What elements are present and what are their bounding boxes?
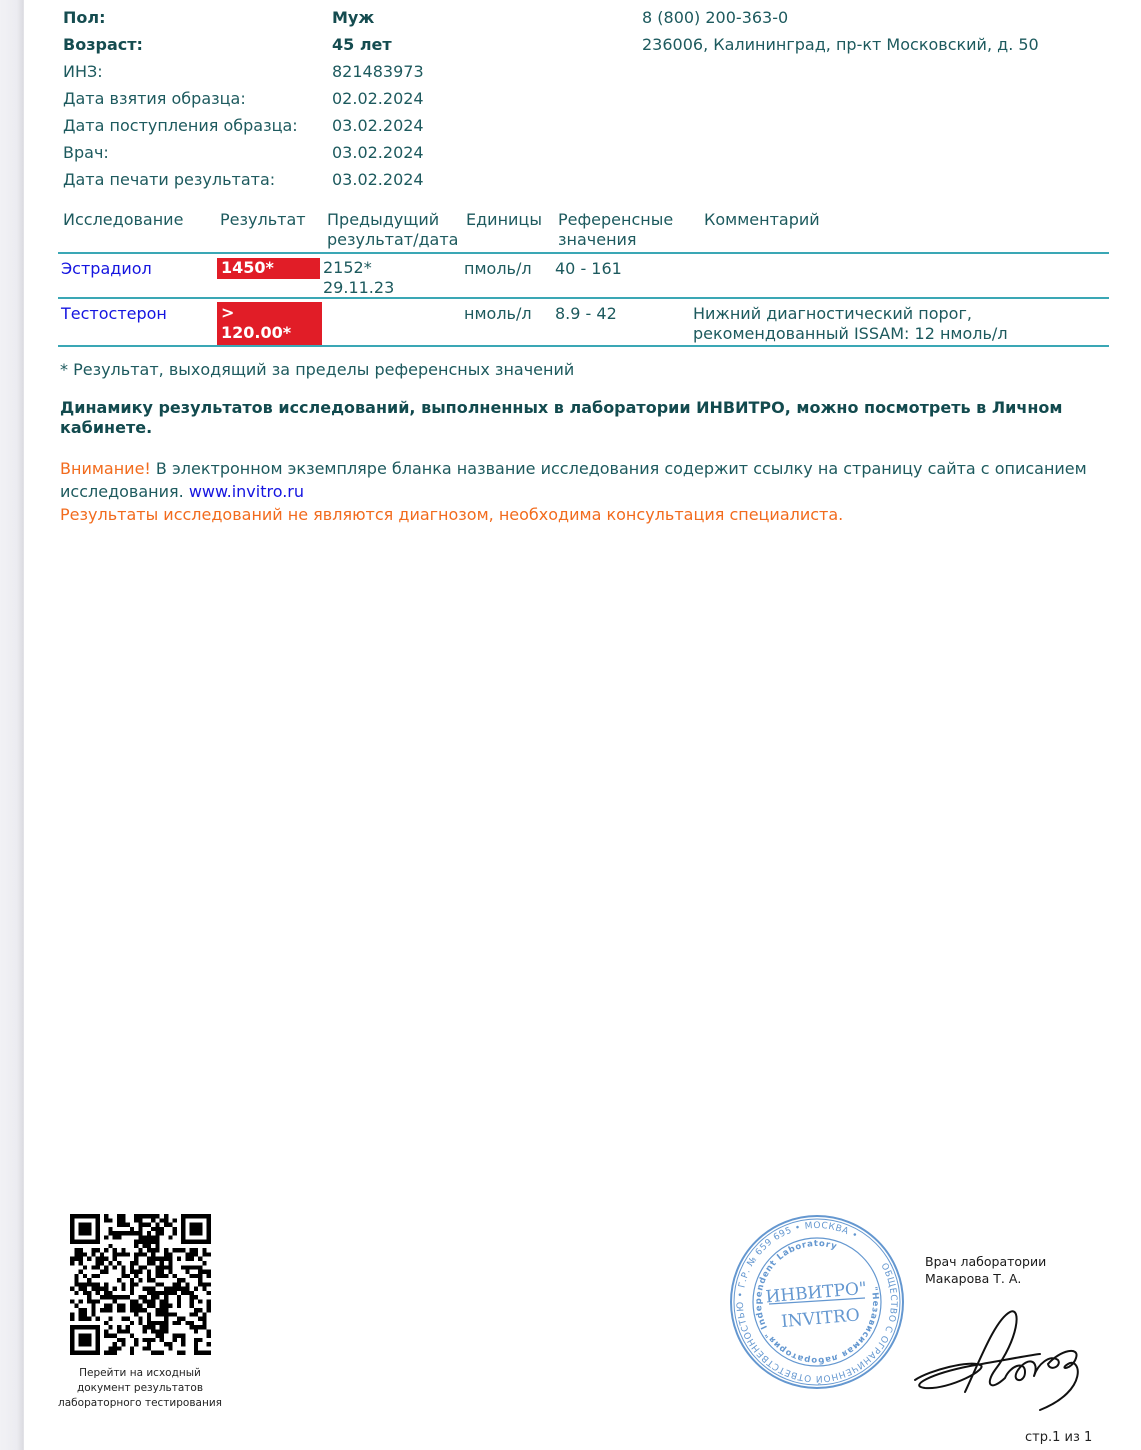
table-divider — [58, 345, 1109, 347]
comment-line2: рекомендованный ISSAM: 12 нмоль/л — [693, 324, 1008, 344]
sample-date-value: 02.02.2024 — [332, 89, 424, 109]
inz-value: 821483973 — [332, 62, 424, 82]
qr-code[interactable] — [70, 1214, 211, 1355]
doctor-block: Врач лаборатории Макарова Т. А. — [925, 1253, 1046, 1287]
warning-block: Внимание! В электронном экземпляре бланк… — [60, 457, 1120, 526]
comment: Нижний диагностический порог, рекомендов… — [693, 304, 1008, 344]
test-link-testosterone[interactable]: Тестостерон — [61, 304, 167, 324]
doctor-label: Врач: — [63, 143, 109, 163]
qr-caption: Перейти на исходный документ результатов… — [52, 1366, 228, 1411]
svg-text:INVITRO: INVITRO — [780, 1305, 860, 1332]
sex-value: Муж — [332, 8, 374, 28]
viewer-left-gutter — [0, 0, 24, 1450]
lab-phone: 8 (800) 200-363-0 — [642, 8, 788, 28]
result-flag: 1450* — [217, 258, 320, 279]
age-label: Возраст: — [63, 35, 143, 55]
reference-range: 8.9 - 42 — [555, 304, 617, 324]
units: пмоль/л — [464, 259, 532, 279]
svg-text:ИНВИТРО": ИНВИТРО" — [765, 1279, 868, 1308]
header-result: Результат — [220, 210, 306, 230]
disclaimer: Результаты исследований не являются диаг… — [60, 503, 1120, 526]
doctor-name: Макарова Т. А. — [925, 1270, 1046, 1287]
result-value: 1450* — [221, 258, 274, 277]
qr-caption-line1: Перейти на исходный — [52, 1366, 228, 1381]
sex-label: Пол: — [63, 8, 106, 28]
previous-result: 2152* 29.11.23 — [323, 258, 394, 298]
doctor-value: 03.02.2024 — [332, 143, 424, 163]
result-value-prefix: > — [221, 303, 322, 323]
asterisk-note: * Результат, выходящий за пределы рефере… — [60, 360, 574, 380]
page-number: стр.1 из 1 — [1025, 1429, 1092, 1447]
warning-label: Внимание! — [60, 459, 151, 478]
header-reference-line2: значения — [558, 230, 673, 250]
reference-range: 40 - 161 — [555, 259, 622, 279]
inz-label: ИНЗ: — [63, 62, 103, 82]
age-value: 45 лет — [332, 35, 392, 55]
header-reference-line1: Референсные — [558, 210, 673, 230]
header-test: Исследование — [63, 210, 183, 230]
print-date-label: Дата печати результата: — [63, 170, 275, 190]
table-divider — [58, 297, 1109, 299]
result-value: 120.00* — [221, 323, 322, 343]
table-divider — [58, 252, 1109, 254]
comment-line1: Нижний диагностический порог, — [693, 304, 1008, 324]
lab-stamp-icon: ОБЩЕСТВО С ОГРАНИЧЕННОЙ ОТВЕТСТВЕННОСТЬЮ… — [727, 1212, 907, 1392]
test-link-estradiol[interactable]: Эстрадиол — [61, 259, 152, 279]
header-comment: Комментарий — [704, 210, 820, 230]
lab-address: 236006, Калининград, пр-кт Московский, д… — [642, 35, 1039, 55]
receipt-date-value: 03.02.2024 — [332, 116, 424, 136]
signature-icon — [910, 1300, 1105, 1420]
header-previous-line2: результат/дата — [327, 230, 458, 250]
header-units: Единицы — [466, 210, 542, 230]
previous-date: 29.11.23 — [323, 278, 394, 298]
previous-value: 2152* — [323, 258, 394, 278]
qr-caption-line2: документ результатов — [52, 1381, 228, 1396]
header-previous-line1: Предыдущий — [327, 210, 458, 230]
doctor-title: Врач лаборатории — [925, 1253, 1046, 1270]
header-reference: Референсные значения — [558, 210, 673, 250]
dynamics-note: Динамику результатов исследований, выпол… — [60, 398, 1100, 438]
header-previous: Предыдущий результат/дата — [327, 210, 458, 250]
receipt-date-label: Дата поступления образца: — [63, 116, 298, 136]
sample-date-label: Дата взятия образца: — [63, 89, 246, 109]
result-flag: > 120.00* — [217, 302, 322, 345]
website-link[interactable]: www.invitro.ru — [189, 482, 304, 501]
print-date-value: 03.02.2024 — [332, 170, 424, 190]
units: нмоль/л — [464, 304, 532, 324]
qr-caption-line3: лабораторного тестирования — [52, 1396, 228, 1411]
